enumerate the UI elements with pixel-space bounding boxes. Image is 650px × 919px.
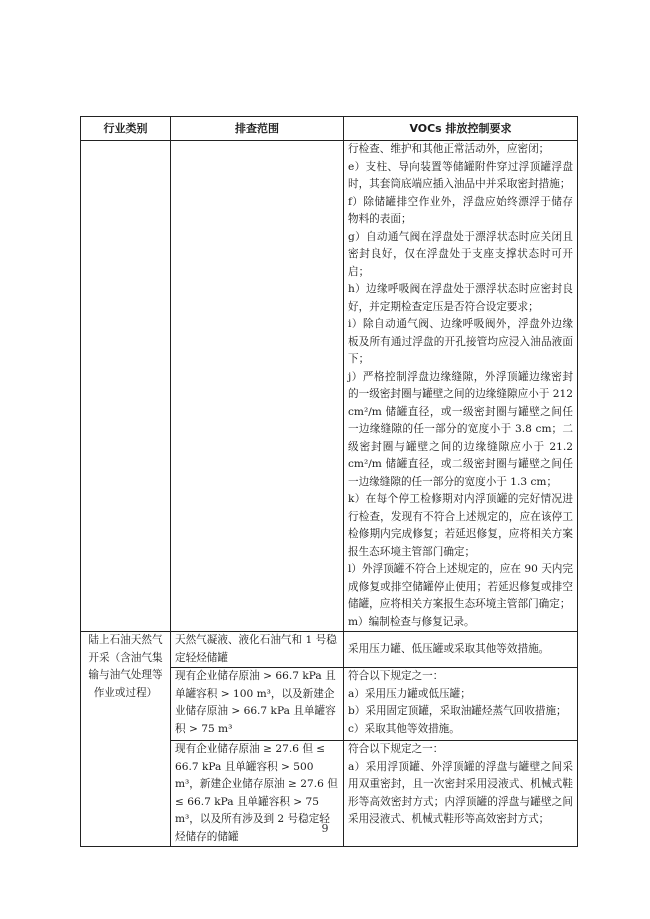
requirement-item: m）编制检查与修复记录。 (348, 614, 573, 632)
requirement-item: e）支柱、导向装置等储罐附件穿过浮顶罐浮盘时，其套筒底端应插入油品中并采取密封措… (348, 159, 573, 194)
requirement-item: a）采用浮顶罐、外浮顶罐的浮盘与罐壁之间采用双重密封，且一次密封采用浸液式、机械… (348, 759, 573, 829)
table-row: 行检查、维护和其他正常活动外，应密闭； e）支柱、导向装置等储罐附件穿过浮顶罐浮… (81, 141, 578, 632)
page-number: 9 (0, 822, 650, 835)
requirements-cell: 行检查、维护和其他正常活动外，应密闭； e）支柱、导向装置等储罐附件穿过浮顶罐浮… (344, 141, 578, 632)
requirement-item: a）采用压力罐或低压罐； (348, 686, 573, 704)
requirement-item: b）采用固定顶罐，采取油罐烃蒸气回收措施； (348, 703, 573, 721)
requirement-item: 行检查、维护和其他正常活动外，应密闭； (348, 141, 573, 159)
requirement-item: h）边缘呼吸阀在浮盘处于漂浮状态时应密封良好，并定期检查定压是否符合设定要求； (348, 281, 573, 316)
requirement-item: c）采取其他等效措施。 (348, 721, 573, 739)
industry-cell (81, 141, 171, 632)
requirement-item: 采用压力罐、低压罐或采取其他等效措施。 (348, 641, 573, 659)
requirement-item: i）除自动通气阀、边缘呼吸阀外，浮盘外边缘板及所有通过浮盘的开孔接管均应浸入油品… (348, 316, 573, 369)
table-header-row: 行业类别 排查范围 VOCs 排放控制要求 (81, 117, 578, 141)
header-scope: 排查范围 (171, 117, 344, 141)
requirement-item: k）在每个停工检修期对内浮顶罐的完好情况进行检查，发现有不符合上述规定的，应在该… (348, 491, 573, 561)
industry-cell: 陆上石油天然气开采（含油气集输与油气处理等作业或过程） (81, 632, 171, 847)
scope-cell: 现有企业储存原油 > 66.7 kPa 且单罐容积 > 100 m³，以及新建企… (171, 668, 344, 741)
scope-cell (171, 141, 344, 632)
requirement-item: 符合以下规定之一： (348, 741, 573, 759)
vocs-requirements-table: 行业类别 排查范围 VOCs 排放控制要求 行检查、维护和其他正常活动外，应密闭… (80, 116, 578, 847)
requirements-cell: 采用压力罐、低压罐或采取其他等效措施。 (344, 632, 578, 668)
document-page: 行业类别 排查范围 VOCs 排放控制要求 行检查、维护和其他正常活动外，应密闭… (0, 0, 650, 919)
requirement-item: l）外浮顶罐不符合上述规定的，应在 90 天内完成修复或排空储罐停止使用；若延迟… (348, 561, 573, 614)
table-row: 陆上石油天然气开采（含油气集输与油气处理等作业或过程） 天然气凝液、液化石油气和… (81, 632, 578, 668)
requirement-item: 符合以下规定之一： (348, 668, 573, 686)
requirements-cell: 符合以下规定之一： a）采用压力罐或低压罐； b）采用固定顶罐，采取油罐烃蒸气回… (344, 668, 578, 741)
header-requirements: VOCs 排放控制要求 (344, 117, 578, 141)
requirement-item: j）严格控制浮盘边缘缝隙，外浮顶罐边缘密封的一级密封圈与罐壁之间的边缘缝隙应小于… (348, 369, 573, 492)
header-industry: 行业类别 (81, 117, 171, 141)
requirement-item: f）除储罐排空作业外，浮盘应始终漂浮于储存物料的表面； (348, 194, 573, 229)
scope-cell: 天然气凝液、液化石油气和 1 号稳定轻烃储罐 (171, 632, 344, 668)
requirement-item: g）自动通气阀在浮盘处于漂浮状态时应关闭且密封良好，仅在浮盘处于支座支撑状态时可… (348, 229, 573, 282)
